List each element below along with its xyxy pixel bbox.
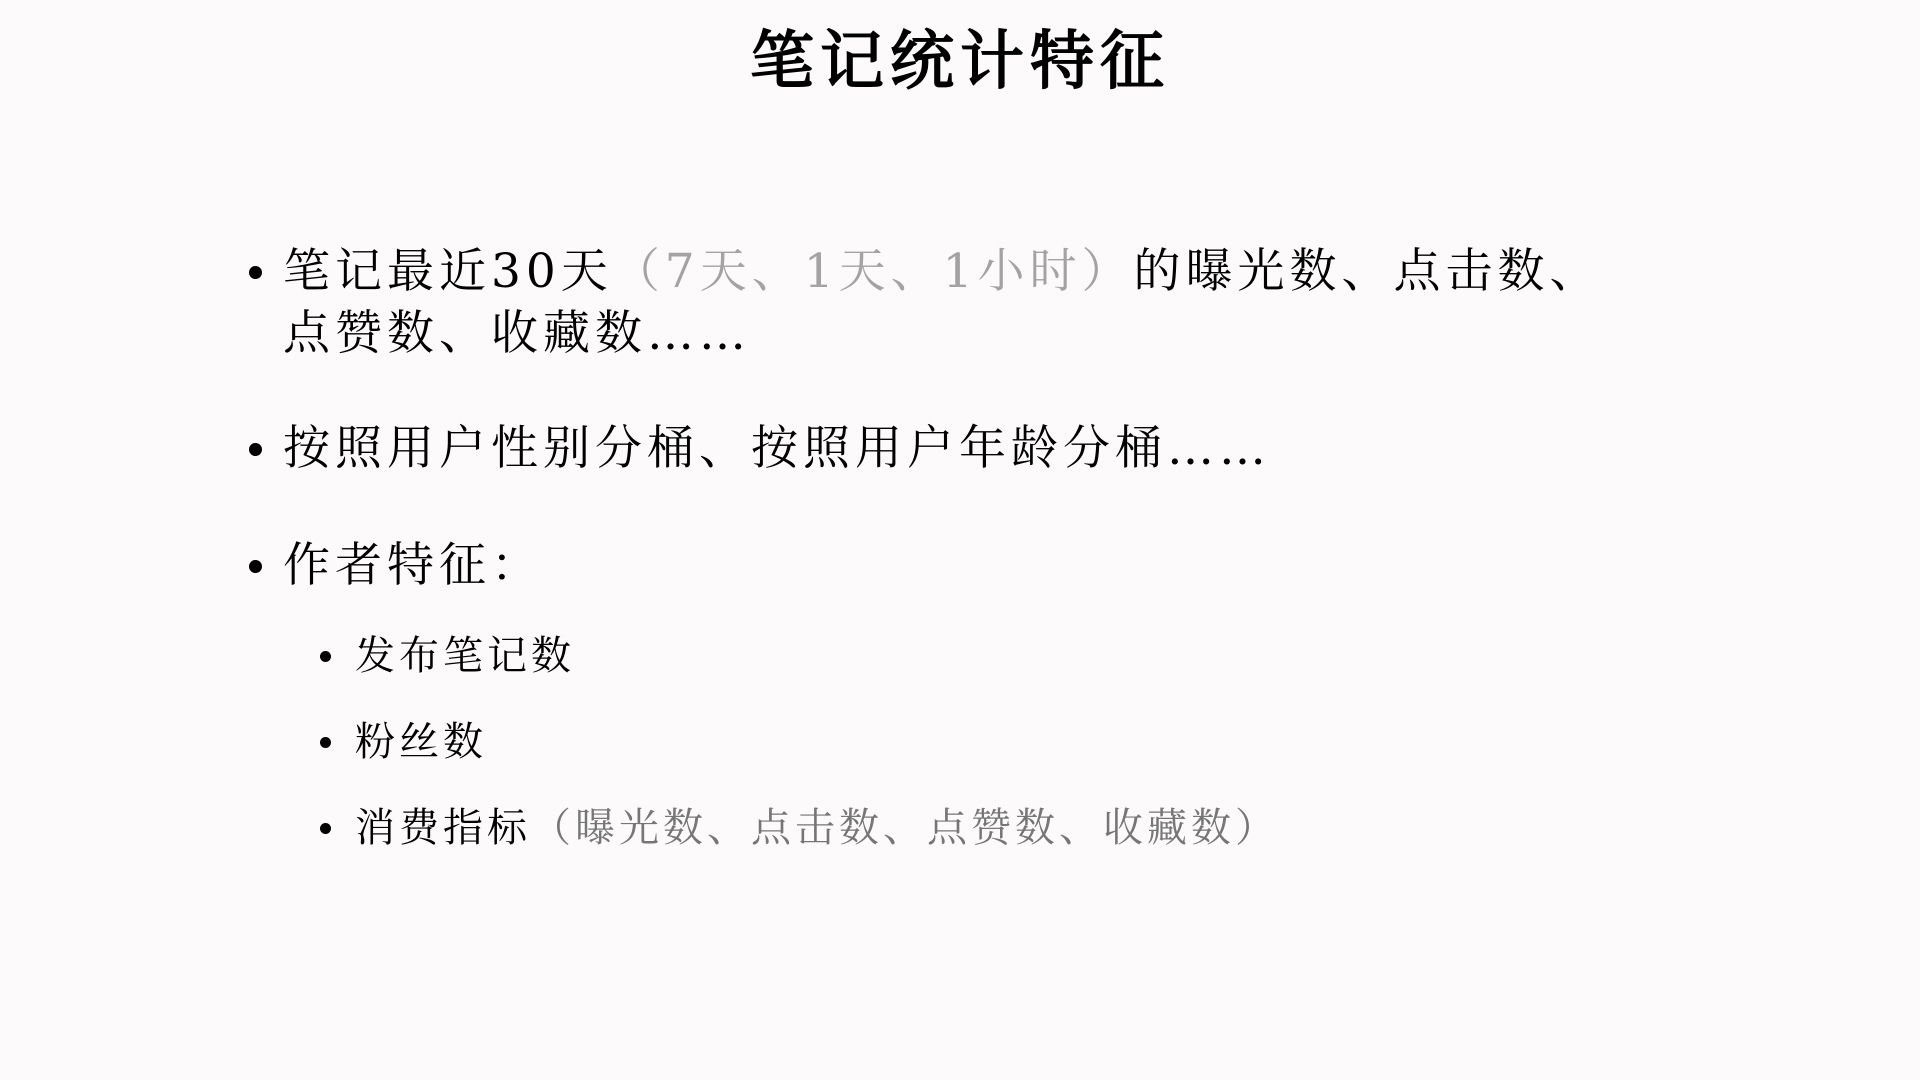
bullet-text-time-windows: （7天、1天、1小时）	[613, 244, 1134, 299]
slide-title: 笔记统计特征	[0, 22, 1920, 102]
bullet-dot-icon	[249, 266, 262, 279]
bullet-text: 作者特征：	[283, 536, 543, 596]
sub-bullet-text: 发布笔记数	[355, 630, 575, 682]
bullet-dot-icon	[320, 651, 331, 662]
bullet-dot-icon	[320, 823, 331, 834]
bullet-text-metrics: 的曝光数、点击数、	[1134, 244, 1602, 299]
sub-bullet-text-main: 消费指标	[355, 805, 531, 851]
bullet-text-continuation: 点赞数、收藏数……	[283, 304, 751, 364]
bullet-text: 笔记最近30天（7天、1天、1小时）的曝光数、点击数、	[283, 242, 1602, 302]
sub-bullet-text: 消费指标（曝光数、点击数、点赞数、收藏数）	[355, 802, 1279, 854]
bullet-text-main: 笔记最近30天	[283, 244, 613, 299]
bullet-dot-icon	[320, 737, 331, 748]
sub-bullet-text: 粉丝数	[355, 716, 487, 768]
bullet-text: 按照用户性别分桶、按照用户年龄分桶……	[283, 419, 1271, 479]
sub-bullet-text-metrics: （曝光数、点击数、点赞数、收藏数）	[531, 805, 1279, 851]
bullet-dot-icon	[249, 560, 262, 573]
bullet-dot-icon	[249, 443, 262, 456]
